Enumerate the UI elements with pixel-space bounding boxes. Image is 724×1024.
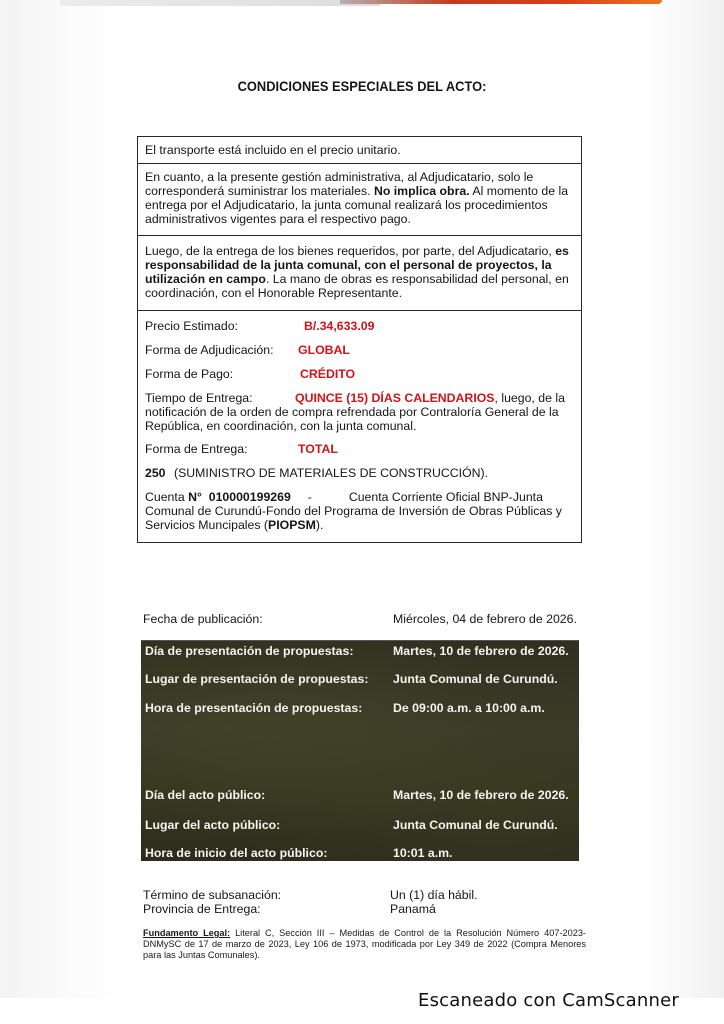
subsanacion-value: Un (1) día hábil. xyxy=(390,889,478,902)
publication-value: Miércoles, 04 de febrero de 2026. xyxy=(393,612,577,626)
cuenta-abbreviation: PIOPSM xyxy=(268,518,316,532)
cuenta-prefix: Cuenta xyxy=(145,490,188,504)
legal-heading: Fundamento Legal: xyxy=(143,928,230,938)
admin-bold-text: No implica obra. xyxy=(374,184,470,198)
schedule-label: Hora de inicio del acto público: xyxy=(145,846,327,860)
schedule-label: Día del acto público: xyxy=(145,788,265,802)
details-cell: Precio Estimado: B/.34,633.09 Forma de A… xyxy=(138,311,581,542)
responsibility-cell: Luego, de la entrega de los bienes reque… xyxy=(138,236,581,311)
tiempo-value: QUINCE (15) DÍAS CALENDARIOS xyxy=(295,391,495,405)
cuenta-number: 010000199269 xyxy=(209,490,291,504)
adjudicacion-row: Forma de Adjudicación: GLOBAL xyxy=(145,343,575,357)
provincia-label: Provincia de Entrega: xyxy=(143,902,261,916)
entrega-value: TOTAL xyxy=(298,442,338,456)
document-title: CONDICIONES ESPECIALES DEL ACTO: xyxy=(29,78,695,94)
cuenta-end: ). xyxy=(316,518,324,532)
cuenta-dash: - xyxy=(291,490,329,504)
cuenta-paragraph: Cuenta N° 010000199269-Cuenta Corriente … xyxy=(145,490,575,532)
cuenta-no-label: N° xyxy=(188,490,202,504)
precio-row: Precio Estimado: B/.34,633.09 xyxy=(145,319,575,333)
schedule-label: Hora de presentación de propuestas: xyxy=(145,701,362,715)
schedule-value: Junta Comunal de Curundú. xyxy=(393,672,558,686)
schedule-row: Lugar del acto público: Junta Comunal de… xyxy=(145,818,579,832)
schedule-row: Día del acto público: Martes, 10 de febr… xyxy=(145,788,579,802)
entrega-label: Forma de Entrega: xyxy=(145,442,298,456)
schedule-value: Martes, 10 de febrero de 2026. xyxy=(393,644,569,658)
responsibility-text-1: Luego, de la entrega de los bienes reque… xyxy=(145,244,555,258)
pago-row: Forma de Pago: CRÉDITO xyxy=(145,367,575,381)
admin-cell: En cuanto, a la presente gestión adminis… xyxy=(138,164,581,236)
precio-label: Precio Estimado: xyxy=(145,319,304,333)
schedule-row: Hora de inicio del acto público: 10:01 a… xyxy=(145,846,579,860)
schedule-value: De 09:00 a.m. a 10:00 a.m. xyxy=(393,701,545,715)
orange-header-strip xyxy=(340,0,662,4)
schedule-label: Lugar de presentación de propuestas: xyxy=(145,672,368,686)
subsanacion-row: Término de subsanación: Un (1) día hábil… xyxy=(143,889,583,902)
schedule-row: Hora de presentación de propuestas: De 0… xyxy=(145,701,579,715)
code-row: 250 (SUMINISTRO DE MATERIALES DE CONSTRU… xyxy=(145,466,575,480)
legal-basis: Fundamento Legal: Literal C, Sección III… xyxy=(143,928,586,961)
tiempo-label: Tiempo de Entrega: xyxy=(145,391,295,405)
camscanner-watermark: Escaneado con CamScanner xyxy=(418,990,679,1011)
adjudicacion-value: GLOBAL xyxy=(298,343,350,357)
schedule-value: Martes, 10 de febrero de 2026. xyxy=(393,788,569,802)
code-description: (SUMINISTRO DE MATERIALES DE CONSTRUCCIÓ… xyxy=(174,466,488,480)
schedule-row: Lugar de presentación de propuestas: Jun… xyxy=(145,672,579,686)
schedule-panel: Día de presentación de propuestas: Marte… xyxy=(141,640,579,861)
conditions-table: El transporte está incluido en el precio… xyxy=(137,136,582,543)
publication-row: Fecha de publicación: Miércoles, 04 de f… xyxy=(143,612,583,626)
transport-text: El transporte está incluido en el precio… xyxy=(145,143,401,157)
pago-label: Forma de Pago: xyxy=(145,367,300,381)
provincia-row: Provincia de Entrega: Panamá xyxy=(143,903,583,916)
precio-value: B/.34,633.09 xyxy=(304,319,374,333)
previous-page-edge xyxy=(60,0,380,6)
code-number: 250 xyxy=(145,466,174,480)
entrega-row: Forma de Entrega: TOTAL xyxy=(145,442,575,456)
cuenta-description: Cuenta Corriente Oficial BNP-Junta Comun… xyxy=(145,490,562,532)
adjudicacion-label: Forma de Adjudicación: xyxy=(145,343,298,357)
pago-value: CRÉDITO xyxy=(300,367,355,381)
tiempo-paragraph: Tiempo de Entrega:QUINCE (15) DÍAS CALEN… xyxy=(145,391,575,433)
schedule-value: 10:01 a.m. xyxy=(393,846,452,860)
schedule-value: Junta Comunal de Curundú. xyxy=(393,818,558,832)
publication-label: Fecha de publicación: xyxy=(143,612,263,626)
subsanacion-label: Término de subsanación: xyxy=(143,888,281,902)
schedule-label: Lugar del acto público: xyxy=(145,818,280,832)
provincia-value: Panamá xyxy=(390,903,436,916)
schedule-label: Día de presentación de propuestas: xyxy=(145,644,353,658)
transport-cell: El transporte está incluido en el precio… xyxy=(138,137,581,164)
schedule-row: Día de presentación de propuestas: Marte… xyxy=(145,644,579,658)
